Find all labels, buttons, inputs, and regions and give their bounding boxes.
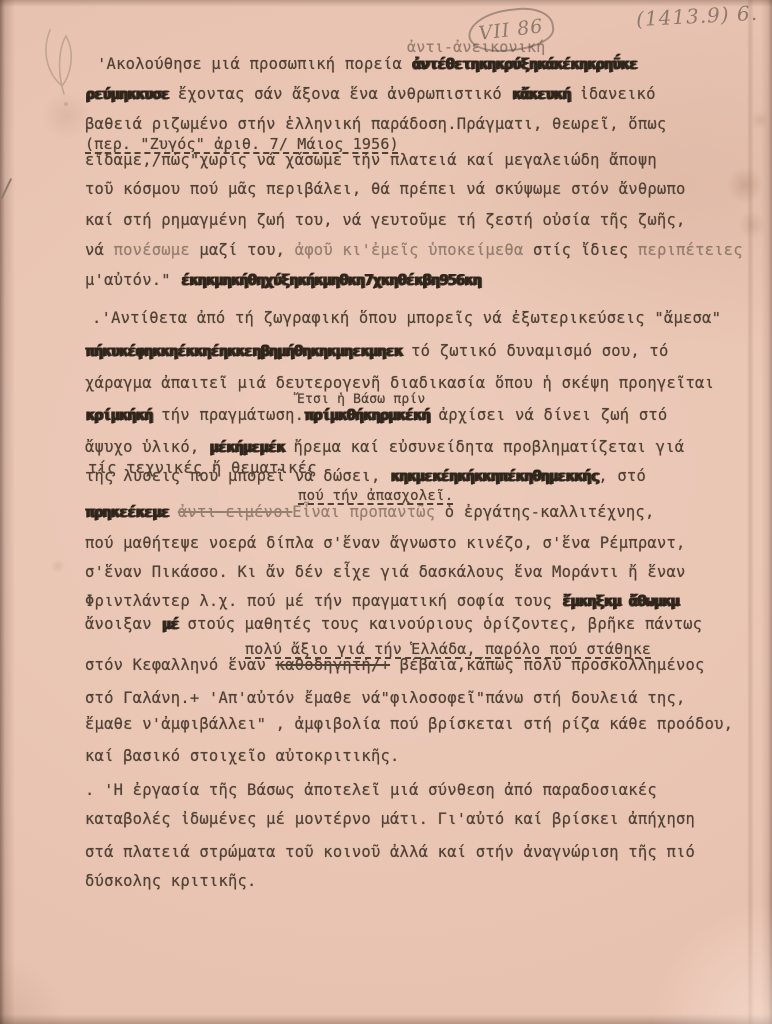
typed-text: μαζί του, — [190, 241, 295, 259]
typed-line: πού μαθήτεψε νοερά δίπλα σ'ἕναν ἄγνωστο … — [85, 536, 686, 552]
typed-text: τήν πραγμάτωση. — [152, 406, 305, 424]
typed-line: δύσκολης κριτικῆς. — [85, 874, 257, 890]
typed-line: στά πλατειά στρώματα τοῦ κοινοῦ ἀλλά καί… — [85, 845, 695, 861]
typed-text: καί βασικό στοιχεῖο αὐτοκριτικῆς. — [85, 747, 400, 765]
typed-line: νά πονέσωμε μαζί του, ἀφοῦ κι'ἐμεῖς ὑποκ… — [85, 243, 743, 259]
typed-line: ἄψυχο ὑλικό, μέκήμεμέκ ἤρεμα καί εὐσυνεί… — [85, 440, 684, 456]
typed-text: εἴδαμε,/πώς"χωρίς νά χάσωμε τήν πλατειά … — [85, 151, 657, 169]
overtyped-strikeout: έκηκμηκήθηχύξηκήκμηθκη7χκηθέκβη956κη — [180, 271, 480, 289]
typed-text: . 'Η ἐργασία τῆς Βάσως ἀποτελεῖ μιά σύνθ… — [85, 781, 657, 799]
typed-text: στούς μαθητές τους καινούριους ὁρίζοντες… — [178, 615, 702, 633]
typed-text: ἤρεμα καί εὐσυνείδητα προβληματίζεται γι… — [284, 438, 684, 456]
scanned-typescript-page: VII 86 (1413.9) 6. / ἀντι-ἀνεικονική'Ακο… — [0, 0, 772, 1024]
typed-text: ἄνοιξαν — [85, 615, 161, 633]
typed-text: βέβαια,κάπως πολύ προσκολλημένος — [390, 656, 705, 674]
typed-line: ρεύμηκκυσε ἔχοντας σάν ἄξονα ἕνα ἀνθρωπι… — [85, 87, 656, 103]
typed-line: Φριντλάντερ λ.χ. πού μέ τήν πραγματική σ… — [85, 594, 678, 610]
overtyped-strikeout: μέκήμεμέκ — [209, 438, 284, 456]
typed-text: στίς ἴδιες — [524, 241, 638, 259]
typed-line: καί βασικό στοιχεῖο αὐτοκριτικῆς. — [85, 749, 400, 765]
typed-line: 'Ακολούθησε μιά προσωπική πορεία ἀντέθετ… — [97, 57, 637, 73]
typed-text: ὁ ἐργάτης-καλλιτέχνης, — [435, 503, 654, 521]
typed-text: στό Γαλάνη.+ 'Απ'αὐτόν ἔμαθε νά"φιλοσοφε… — [85, 689, 686, 707]
overtyped-strikeout: κρίμκήκή — [85, 406, 152, 424]
typed-line: ἔμαθε ν'ἀμφιβάλλει" , ἀμφιβολία πού βρίσ… — [85, 717, 733, 733]
interlinear-insertion: πού τήν ἀπασχολεῖ. — [298, 489, 453, 503]
pencil-catalog-number: (1413.9) 6. — [635, 1, 758, 31]
typed-text: βαθειά ριζωμένο στήν ἑλληνική παράδοση.Π… — [85, 115, 666, 133]
overtyped-strikeout: ρεύμηκκυσε — [85, 85, 168, 103]
pencil-squiggle-mark — [36, 24, 92, 110]
overtyped-strikeout: μέ — [161, 615, 178, 633]
typed-line: καί στή ρημαγμένη ζωή του, νά γευτοῦμε τ… — [85, 213, 686, 229]
typed-line: .'Αντίθετα ἀπό τή ζωγραφική ὅπου μπορεῖς… — [92, 311, 721, 327]
typed-text: ἰδανεικό — [570, 85, 656, 103]
typed-line: σ'ἕναν Πικάσσο. Κι ἄν δέν εἶχε γιά δασκά… — [85, 565, 686, 581]
typed-text: 'Ακολούθησε μιά προσωπική πορεία — [97, 55, 412, 73]
typed-line: στόν Κεφαλληνό ἕναν καθοδηγητή/+ βέβαια,… — [85, 658, 705, 674]
typed-text — [168, 503, 178, 521]
typed-text: καταβολές ἰδωμένες μέ μοντέρνο μάτι. Γι'… — [85, 810, 695, 828]
typed-text: ἀντι-ἀνεικονική — [407, 38, 545, 56]
typed-line: πήκυκέφηκκηέκκηέηκκεηβημήθηκηκμηεκμηεκ τ… — [85, 344, 669, 360]
typed-line: κρίμκήκή τήν πραγμάτωση.πρίμκθήκηρμκέκή … — [85, 408, 667, 424]
interlinear-insertion: ἀντι-ἀνεικονική — [407, 40, 545, 55]
interlinear-insertion: (περ. "Ζυγός" ἀριθ. 7/ Μάιος 1956) — [85, 137, 399, 152]
typed-text: πού τήν ἀπασχολεῖ. — [298, 488, 453, 504]
typed-text: , στό — [598, 467, 646, 485]
typed-text: ἔμαθε ν'ἀμφιβάλλει" , ἀμφιβολία πού βρίσ… — [85, 715, 733, 733]
overtyped-strikeout: πρίμκθήκηρμκέκή — [304, 406, 429, 424]
typed-text: πού μαθήτεψε νοερά δίπλα σ'ἕναν ἄγνωστο … — [85, 534, 686, 552]
typed-line: καταβολές ἰδωμένες μέ μοντέρνο μάτι. Γι'… — [85, 812, 695, 828]
typed-text: ἄψυχο ὑλικό, — [85, 438, 209, 456]
typed-text: δύσκολης κριτικῆς. — [85, 872, 257, 890]
overtyped-strikeout: ἀντέθετηκηκρύξηκάκέκηκρηΰκε — [412, 55, 637, 73]
overtyped-strikeout: πήκυκέφηκκηέκκηέηκκεηβημήθηκηκμηεκμηεκ — [85, 342, 402, 360]
typed-text: καί στή ρημαγμένη ζωή του, νά γευτοῦμε τ… — [85, 211, 686, 229]
typed-line: πρηκεέκεμε ἀντι ειμένοιΕἶναι προπαντῶς ὁ… — [85, 505, 654, 521]
typed-line: ἄνοιξαν μέ στούς μαθητές τους καινούριου… — [85, 617, 702, 633]
typed-text: τό ζωτικό δυναμισμό σου, τό — [402, 342, 669, 360]
typed-text: Φριντλάντερ λ.χ. πού μέ τήν πραγματική σ… — [85, 592, 562, 610]
typed-text: νά — [85, 241, 114, 259]
typed-line: τοῦ κόσμου πού μᾶς περιβάλει, θά πρέπει … — [85, 182, 686, 198]
typed-line: εἴδαμε,/πώς"χωρίς νά χάσωμε τήν πλατειά … — [85, 153, 657, 169]
typed-line-overstruck: τής λύσεις πού μπορεῖ νά δώσει, κηκμεκέη… — [85, 469, 646, 485]
typed-text: .'Αντίθετα ἀπό τή ζωγραφική ὅπου μπορεῖς… — [92, 309, 721, 327]
typed-text: Εἶναι προπαντῶς — [292, 503, 435, 521]
typed-text: καθοδηγητή/+ — [276, 656, 390, 674]
typed-text: τοῦ κόσμου πού μᾶς περιβάλει, θά πρέπει … — [85, 180, 686, 198]
typed-text: περιπέτειες — [638, 241, 743, 259]
typed-line: στό Γαλάνη.+ 'Απ'αὐτόν ἔμαθε νά"φιλοσοφε… — [85, 691, 686, 707]
typed-text: ἀφοῦ κι'ἐμεῖς ὑποκείμεθα — [295, 241, 524, 259]
overtyped-strikeout: κηκμεκέηκήκκηπέκηθημεκκής — [390, 467, 598, 485]
typed-text: ἔχοντας σάν ἄξονα ἕνα ἀνθρωπιστικό — [168, 85, 511, 103]
overtyped-strikeout: ἔμκηξκμ ἄθωμκμ — [562, 592, 679, 610]
typed-text: τής λύσεις πού μπορεῖ νά δώσει, — [85, 467, 390, 485]
typed-text: Ἔτσι ἡ Βάσω πρίν — [297, 392, 425, 407]
typed-text: πονέσωμε — [114, 241, 190, 259]
typed-text: στόν Κεφαλληνό ἕναν — [85, 656, 276, 674]
typed-text: σ'ἕναν Πικάσσο. Κι ἄν δέν εἶχε γιά δασκά… — [85, 563, 686, 581]
typed-line: βαθειά ριζωμένο στήν ἑλληνική παράδοση.Π… — [85, 117, 666, 133]
typed-text: στά πλατειά στρώματα τοῦ κοινοῦ ἀλλά καί… — [85, 843, 695, 861]
pencil-slash-mark: / — [0, 174, 13, 205]
typed-text: ἀρχίσει νά δίνει ζωή στό — [429, 406, 667, 424]
typed-line: χάραγμα ἀπαιτεῖ μιά δευτερογενῆ διαδικασ… — [85, 376, 714, 392]
interlinear-insertion: Ἔτσι ἡ Βάσω πρίν — [297, 393, 425, 406]
overtyped-strikeout: κἄκευκή — [511, 85, 569, 103]
typed-text: χάραγμα ἀπαιτεῖ μιά δευτερογενῆ διαδικασ… — [85, 374, 714, 392]
typed-line: μ'αὐτόν." έκηκμηκήθηχύξηκήκμηθκη7χκηθέκβ… — [85, 273, 480, 289]
overtyped-strikeout: πρηκεέκεμε — [85, 503, 168, 521]
typed-text: ἀντι ειμένοι — [178, 503, 292, 521]
typed-line: . 'Η ἐργασία τῆς Βάσως ἀποτελεῖ μιά σύνθ… — [85, 783, 657, 799]
interlinear-insertion: πολύ ἄξιο γιά τήν Ἑλλάδα, παρόλο πού στά… — [245, 642, 651, 657]
typed-text: μ'αὐτόν." — [85, 271, 180, 289]
